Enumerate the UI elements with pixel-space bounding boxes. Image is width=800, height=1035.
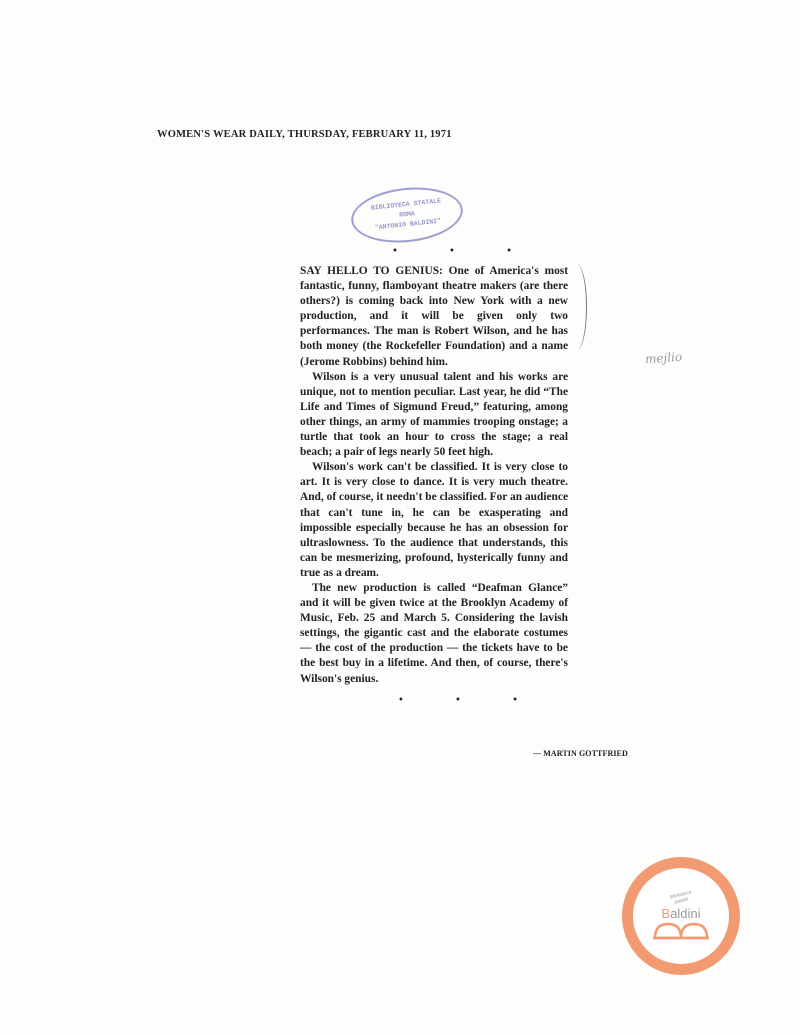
byline: — MARTIN GOTTFRIED [533, 749, 628, 758]
bullet-icon: • [506, 246, 512, 257]
baldini-library-logo: Biblioteca statale Baldini [622, 857, 740, 975]
article-paragraph: Wilson's work can't be classified. It is… [300, 460, 568, 581]
article-paragraph: The new production is called “Deafman Gl… [300, 581, 568, 687]
bullet-icon: • [455, 695, 461, 706]
bullet-icon: • [392, 246, 398, 257]
article-paragraph: Wilson is a very unusual talent and his … [300, 370, 568, 461]
bullet-icon: • [512, 695, 518, 706]
library-stamp: BIBLIOTECA STATALE ROMA "ANTONIO BALDINI… [348, 182, 465, 247]
newspaper-masthead: WOMEN'S WEAR DAILY, THURSDAY, FEBRUARY 1… [157, 129, 452, 140]
handwritten-note: mejlio [645, 350, 683, 367]
bullet-icon: • [449, 246, 455, 257]
open-book-icon [652, 922, 710, 940]
margin-bracket-mark [570, 264, 587, 350]
article-paragraph: SAY HELLO TO GENIUS: One of America's mo… [300, 264, 568, 370]
bullet-icon: • [398, 695, 404, 706]
separator-bottom: • • • [398, 695, 518, 706]
article-lead: SAY HELLO TO GENIUS: [300, 265, 443, 277]
article-body: SAY HELLO TO GENIUS: One of America's mo… [300, 264, 568, 687]
stamp-line-3: "ANTONIO BALDINI" [375, 217, 442, 234]
logo-name: Baldini [661, 906, 700, 921]
separator-top: • • • [392, 246, 512, 257]
